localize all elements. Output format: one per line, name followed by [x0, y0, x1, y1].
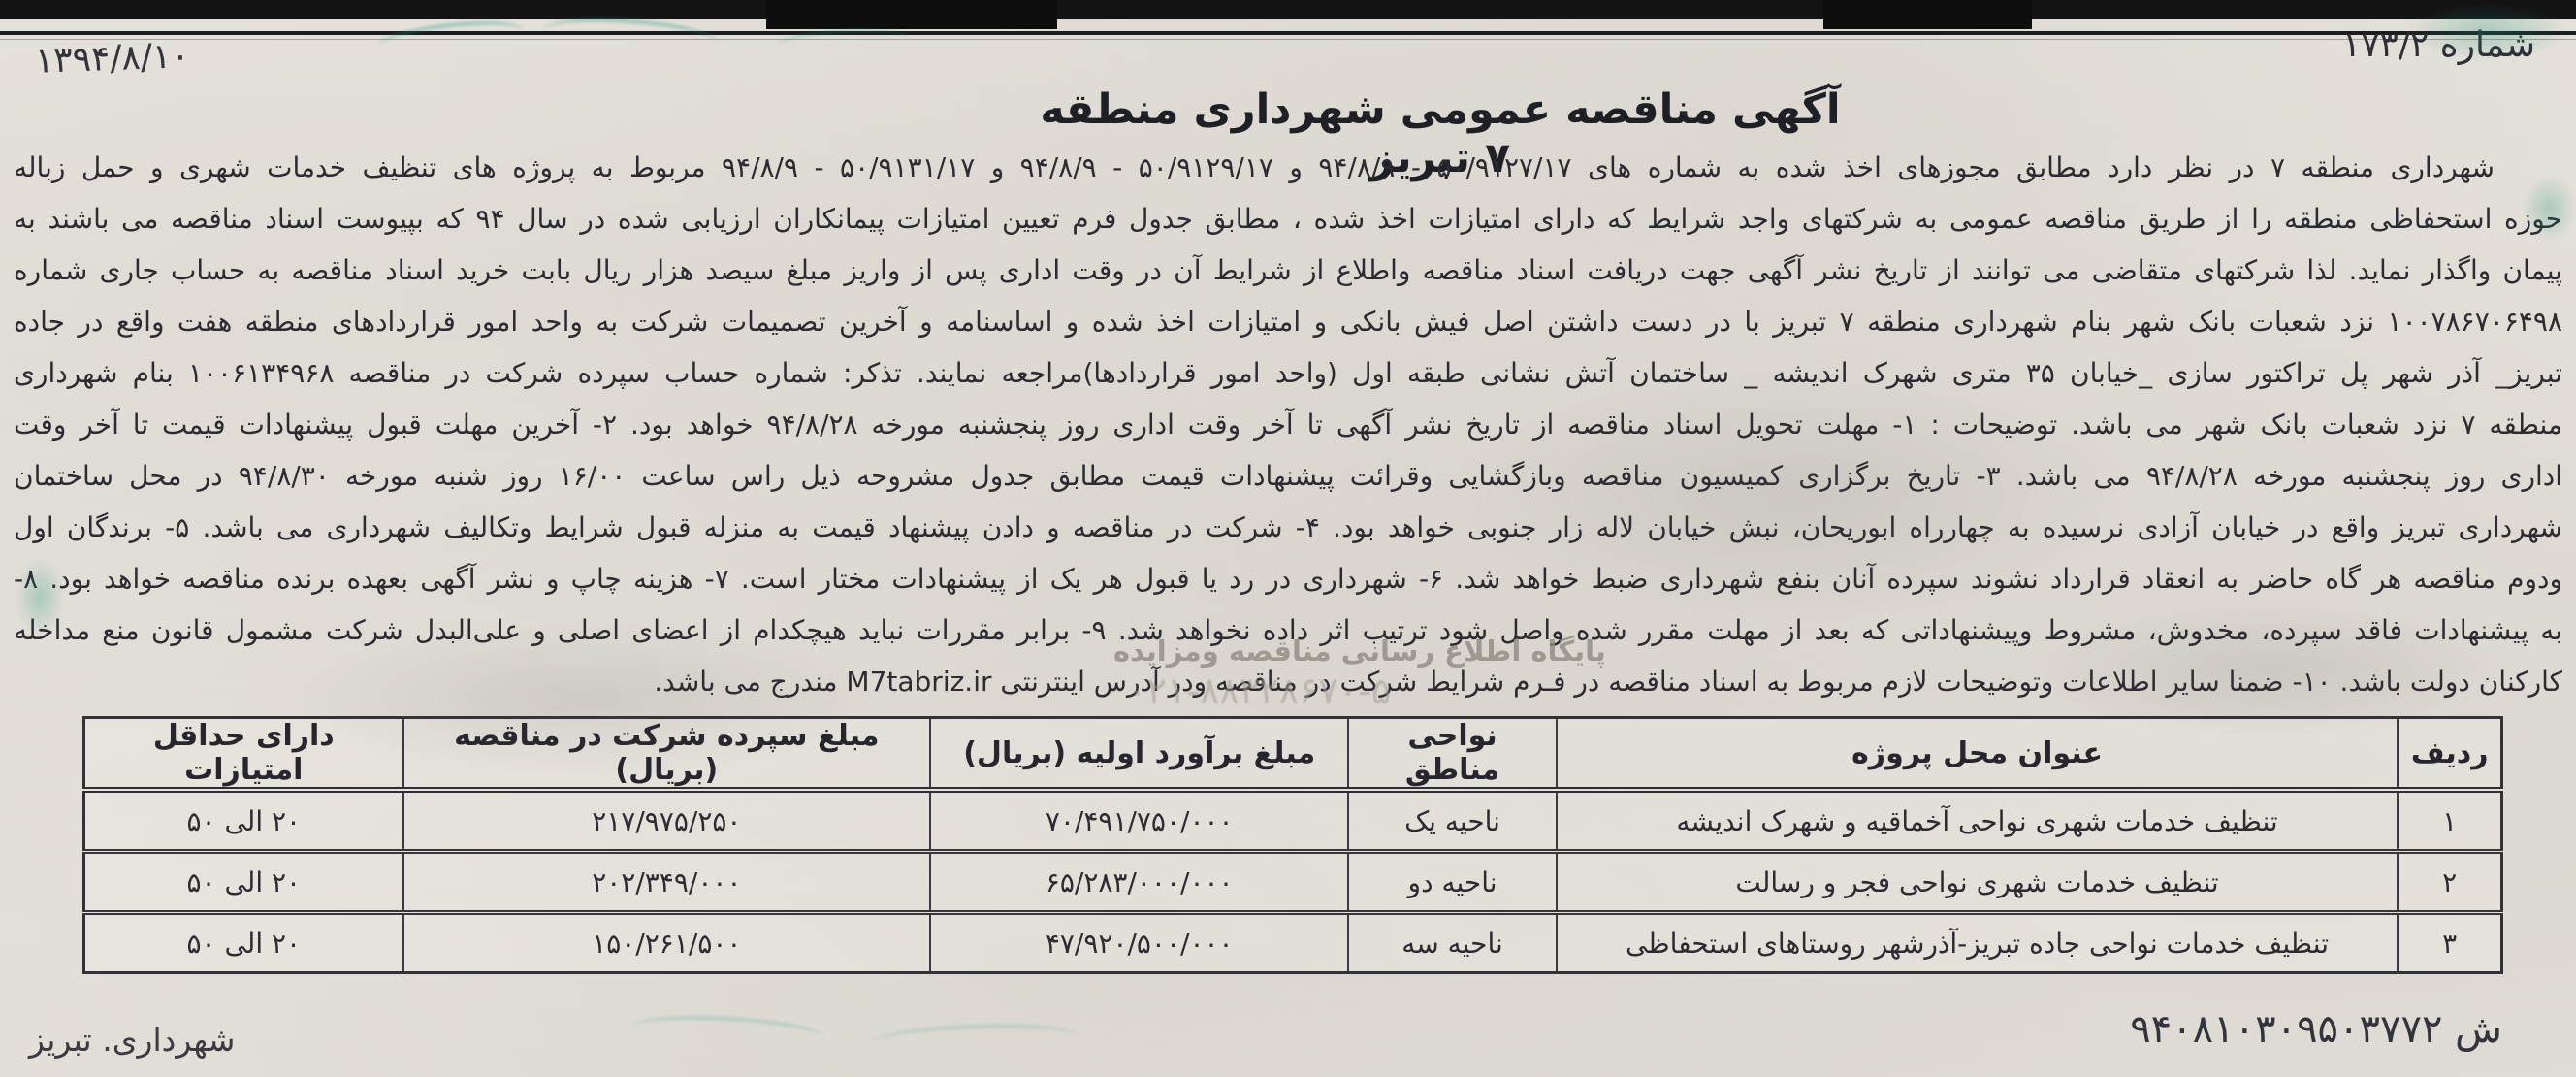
- cell-project-title: تنظیف خدمات نواحی جاده تبریز-آذرشهر روست…: [1557, 913, 2399, 973]
- table-row: ۲ تنظیف خدمات شهری نواحی فجر و رسالت ناح…: [84, 852, 2502, 913]
- notice-body: شهرداری منطقه ۷ در نظر دارد مطابق مجوزها…: [14, 142, 2562, 707]
- watermark-phone: ۰۲۱-۸۸۳۲۸۶۷۰-۵: [1127, 669, 1391, 712]
- column-header-initial-estimate: مبلغ برآورد اولیه (بریال): [930, 718, 1348, 791]
- cell-district: ناحیه دو: [1348, 852, 1556, 913]
- notice-body-line: شهرداری تبریز واقع در خیابان آزادی نرسید…: [14, 502, 2562, 553]
- issue-number: شماره ۱۷۳/۲: [2342, 25, 2535, 65]
- cell-min-score: ۲۰ الی ۵۰: [84, 852, 403, 913]
- column-header-min-score: دارای حداقل امتیازات: [84, 718, 403, 791]
- notice-body-line: ودوم مناقصه هر گاه حاضر به انعقاد قراردا…: [14, 553, 2562, 604]
- cell-initial-estimate: ۴۷/۹۲۰/۵۰۰/۰۰۰: [930, 913, 1348, 973]
- scan-artifact-green: [629, 1012, 824, 1053]
- cell-district: ناحیه یک: [1348, 790, 1556, 852]
- cell-district: ناحیه سه: [1348, 913, 1556, 973]
- scan-artifact-green: [542, 14, 719, 58]
- column-header-district: نواحی مناطق: [1348, 718, 1556, 791]
- signature-org: شهرداری. تبریز: [29, 1021, 235, 1059]
- notice-body-line: منطقه ۷ نزد شعبات بانک شهر می باشد. توضی…: [14, 399, 2562, 450]
- notice-body-line: اداری روز پنجشنبه مورخه ۹۴/۸/۲۸ می باشد.…: [14, 450, 2562, 502]
- column-header-row-number: ردیف: [2398, 718, 2501, 791]
- notice-body-line: شهرداری منطقه ۷ در نظر دارد مطابق مجوزها…: [14, 142, 2562, 193]
- notice-body-line: تبریز_ آذر شهر پل تراکتور سازی _خیابان ۳…: [14, 347, 2562, 399]
- cell-row-number: ۳: [2398, 913, 2501, 973]
- tender-table: ردیف عنوان محل پروژه نواحی مناطق مبلغ بر…: [82, 716, 2503, 974]
- cell-deposit: ۲۰۲/۳۴۹/۰۰۰: [403, 852, 930, 913]
- cell-project-title: تنظیف خدمات شهری نواحی فجر و رسالت: [1557, 852, 2399, 913]
- notice-body-line: پیمان واگذار نماید. لذا شرکتهای متقاضی م…: [14, 245, 2562, 296]
- notice-body-line: حوزه استحفاظی منطقه را از طریق مناقصه عم…: [14, 193, 2562, 245]
- table-row: ۱ تنظیف خدمات شهری نواحی آخماقیه و شهرک …: [84, 790, 2502, 852]
- cell-deposit: ۱۵۰/۲۶۱/۵۰۰: [403, 913, 930, 973]
- cell-min-score: ۲۰ الی ۵۰: [84, 913, 403, 973]
- scan-artifact-green: [873, 1021, 1078, 1057]
- newspaper-edge-bar: [0, 0, 2576, 19]
- notice-body-line: ۱۰۰۷۸۶۷۰۶۴۹۸ نزد شعبات بانک شهر بنام شهر…: [14, 296, 2562, 347]
- newspaper-edge-tab: [766, 0, 1057, 29]
- scanned-tender-notice: شماره ۱۷۳/۲ ۱۳۹۴/۸/۱۰ آگهی مناقصه عمومی …: [0, 0, 2576, 1077]
- cell-initial-estimate: ۷۰/۴۹۱/۷۵۰/۰۰۰: [930, 790, 1348, 852]
- date-stamp: ۱۳۹۴/۸/۱۰: [34, 36, 190, 82]
- cell-row-number: ۱: [2398, 790, 2501, 852]
- scan-artifact-green: [377, 16, 525, 60]
- reference-number: ش ۹۴۰۸۱۰۳۰۹۵۰۳۷۷۲: [2130, 1007, 2502, 1052]
- divider-line: [0, 31, 2576, 35]
- table-header-row: ردیف عنوان محل پروژه نواحی مناطق مبلغ بر…: [84, 718, 2502, 791]
- cell-min-score: ۲۰ الی ۵۰: [84, 790, 403, 852]
- column-header-deposit: مبلغ سپرده شرکت در مناقصه (بریال): [403, 718, 930, 791]
- cell-project-title: تنظیف خدمات شهری نواحی آخماقیه و شهرک ان…: [1557, 790, 2399, 852]
- cell-deposit: ۲۱۷/۹۷۵/۲۵۰: [403, 790, 930, 852]
- cell-row-number: ۲: [2398, 852, 2501, 913]
- watermark-text: پایگاه اطلاع رسانی مناقصه ومزایده: [1113, 635, 1606, 668]
- cell-initial-estimate: ۶۵/۲۸۳/۰۰۰/۰۰۰: [930, 852, 1348, 913]
- table-row: ۳ تنظیف خدمات نواحی جاده تبریز-آذرشهر رو…: [84, 913, 2502, 973]
- newspaper-edge-tab: [1823, 0, 2032, 29]
- divider-line-thin: [0, 39, 2576, 40]
- column-header-project-title: عنوان محل پروژه: [1557, 718, 2399, 791]
